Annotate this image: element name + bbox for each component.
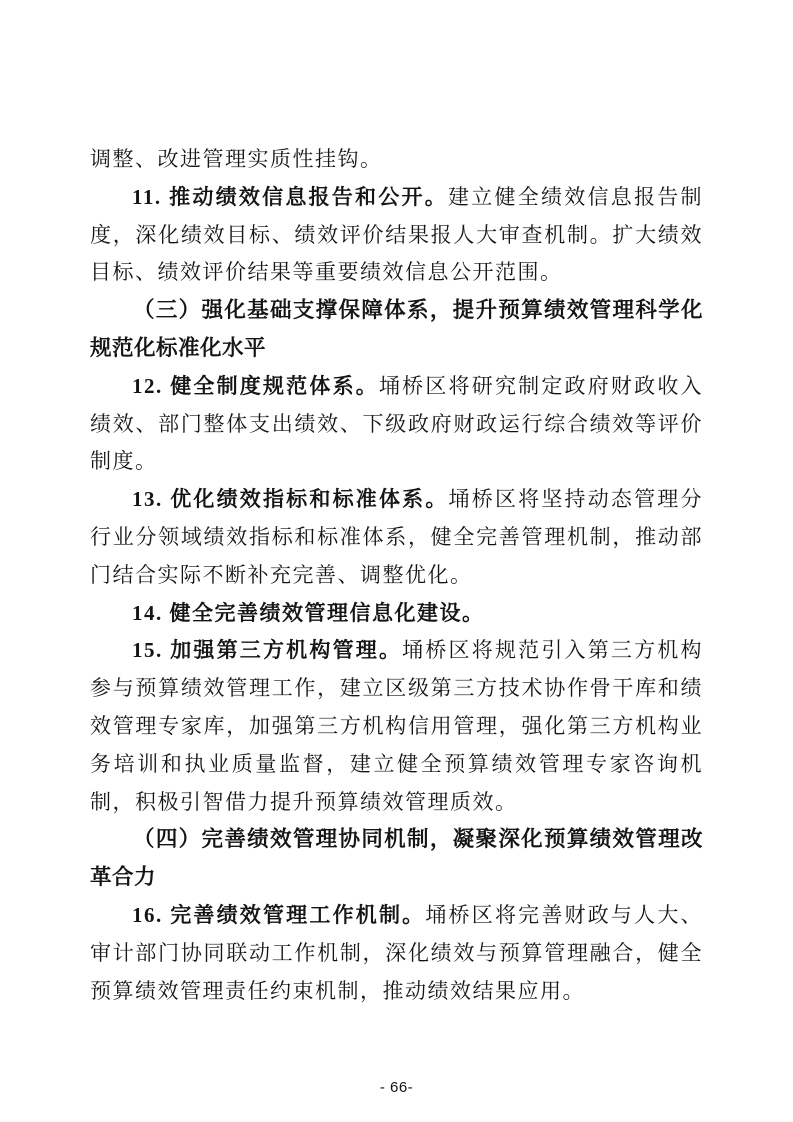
document-body: 调整、改进管理实质性挂钩。 11. 推动绩效信息报告和公开。建立健全绩效信息报告… (90, 141, 703, 1010)
paragraph-lead: 12. 健全制度规范体系。 (132, 374, 379, 398)
paragraph-lead: 16. 完善绩效管理工作机制。 (132, 903, 425, 927)
paragraph-lead: 13. 优化绩效指标和标准体系。 (132, 487, 449, 511)
document-page: 调整、改进管理实质性挂钩。 11. 推动绩效信息报告和公开。建立健全绩效信息报告… (0, 0, 793, 1122)
paragraph-item-15: 15. 加强第三方机构管理。埇桥区将规范引入第三方机构参与预算绩效管理工作，建立… (90, 632, 703, 821)
paragraph-item-12: 12. 健全制度规范体系。埇桥区将研究制定政府财政收入绩效、部门整体支出绩效、下… (90, 368, 703, 481)
paragraph-item-11: 11. 推动绩效信息报告和公开。建立健全绩效信息报告制度，深化绩效目标、绩效评价… (90, 179, 703, 292)
page-number: - 66- (0, 1079, 793, 1096)
paragraph-item-16: 16. 完善绩效管理工作机制。埇桥区将完善财政与人大、审计部门协同联动工作机制，… (90, 897, 703, 1010)
paragraph-item-14: 14. 健全完善绩效管理信息化建设。 (90, 595, 703, 633)
paragraph-lead: 14. 健全完善绩效管理信息化建设。 (132, 601, 485, 625)
section-heading-4: （四）完善绩效管理协同机制，凝聚深化预算绩效管理改革合力 (90, 821, 703, 897)
section-heading-text: （三）强化基础支撑保障体系，提升预算绩效管理科学化规范化标准化水平 (90, 298, 703, 360)
paragraph-item-13: 13. 优化绩效指标和标准体系。埇桥区将坚持动态管理分行业分领域绩效指标和标准体… (90, 481, 703, 594)
section-heading-3: （三）强化基础支撑保障体系，提升预算绩效管理科学化规范化标准化水平 (90, 292, 703, 368)
paragraph-text: 埇桥区将规范引入第三方机构参与预算绩效管理工作，建立区级第三方技术协作骨干库和绩… (90, 638, 703, 813)
paragraph-lead: 11. 推动绩效信息报告和公开。 (132, 185, 448, 209)
paragraph-text: 调整、改进管理实质性挂钩。 (90, 147, 383, 171)
paragraph-continuation: 调整、改进管理实质性挂钩。 (90, 141, 703, 179)
paragraph-lead: 15. 加强第三方机构管理。 (132, 638, 402, 662)
section-heading-text: （四）完善绩效管理协同机制，凝聚深化预算绩效管理改革合力 (90, 827, 703, 889)
